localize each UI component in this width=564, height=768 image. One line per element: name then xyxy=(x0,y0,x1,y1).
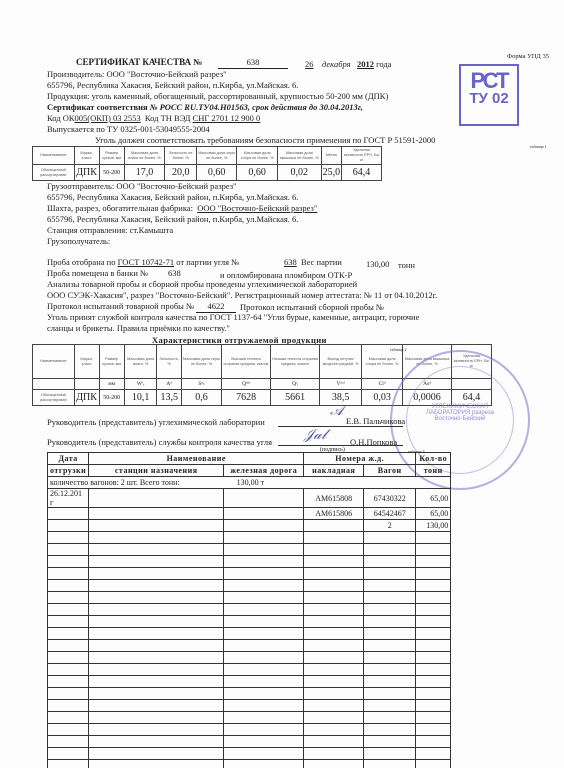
batch-number: 638 xyxy=(284,257,297,268)
consignee-label: Грузополучатель: xyxy=(47,236,110,247)
table2-symbol: Aᵈ xyxy=(157,379,181,390)
col-waybill: накладная xyxy=(304,465,364,477)
empty-cell xyxy=(364,760,416,768)
empty-cell xyxy=(416,580,451,592)
date-year: 2012 xyxy=(357,59,374,69)
mine-label: Шахта, разрез, обогатительная фабрика: xyxy=(47,203,193,213)
empty-cell xyxy=(89,628,224,640)
col-numbers: Номера ж.д. xyxy=(304,453,416,465)
form-label: Форма УПД 35 xyxy=(507,51,549,62)
empty-cell xyxy=(224,760,304,768)
empty-cell xyxy=(364,712,416,724)
shipment-cell-qty: 130,00 xyxy=(416,520,451,532)
empty-cell xyxy=(89,604,224,616)
empty-cell xyxy=(48,556,89,568)
empty-cell xyxy=(364,544,416,556)
empty-cell xyxy=(48,628,89,640)
table2-header: Марка, класс xyxy=(74,345,99,379)
empty-cell xyxy=(48,760,89,768)
table2-symbol: Sᵈₜ xyxy=(181,379,221,390)
empty-cell xyxy=(364,628,416,640)
empty-cell xyxy=(416,748,451,760)
table2-header: Выход летучих веществ средний, % xyxy=(320,345,362,379)
table2-cell: 50-200 xyxy=(99,390,124,406)
empty-cell xyxy=(304,712,364,724)
producer-label: Производитель: xyxy=(47,69,104,79)
empty-cell xyxy=(89,640,224,652)
table1-header: Массовая доля мышьяка не более, % xyxy=(278,147,322,165)
shipment-cell-qty: 65,00 xyxy=(416,508,451,520)
table2-cell: Обогащенный рассортирован xyxy=(33,390,75,406)
col-qty: Кол-во xyxy=(416,453,451,465)
col-tons: тонн xyxy=(416,465,451,477)
producer-address: 655796, Республика Хакасия, Бейский райо… xyxy=(47,80,298,91)
certificate-date: 26 декабря 2012 года xyxy=(305,59,391,70)
empty-cell xyxy=(89,700,224,712)
analysis-line: Анализы товарной пробы и сборной пробы п… xyxy=(47,279,357,290)
empty-cell xyxy=(224,628,304,640)
empty-cell xyxy=(224,640,304,652)
table1-header: Массовая доля влаги не более, % xyxy=(124,147,165,165)
empty-cell xyxy=(89,664,224,676)
empty-cell xyxy=(416,640,451,652)
shipment-cell-railway xyxy=(224,508,304,520)
stamp-text: УГЛЕХИМИЧЕСКАЯ ЛАБОРАТОРИЯ разреза Восто… xyxy=(412,404,508,422)
col-wagon: Вагон xyxy=(364,465,416,477)
jar-label: Проба помещена в банки № xyxy=(47,268,148,279)
empty-row xyxy=(48,664,451,676)
table1-caption: таблица 1 xyxy=(530,144,547,149)
table2-cell: 7628 xyxy=(222,390,271,406)
empty-row xyxy=(48,688,451,700)
empty-cell xyxy=(89,556,224,568)
empty-cell xyxy=(364,568,416,580)
batch-weight-unit: тонн xyxy=(398,260,415,271)
sample-gost: ГОСТ 10742-71 xyxy=(118,257,175,267)
empty-cell xyxy=(48,592,89,604)
col-railway: железная дорога xyxy=(224,465,304,477)
empty-row xyxy=(48,544,451,556)
protocol-label: Протокол испытаний товарной пробы № xyxy=(47,301,194,312)
empty-cell xyxy=(364,616,416,628)
table2-cell: 10,1 xyxy=(124,390,157,406)
empty-cell xyxy=(416,568,451,580)
lab-signature-icon: 𝒜 xyxy=(330,404,343,420)
empty-cell xyxy=(364,676,416,688)
table2-header: Высшая теплота сгорания средняя, ккал/кг xyxy=(222,345,271,379)
empty-cell xyxy=(224,712,304,724)
col-date: Дата xyxy=(48,453,89,465)
shipment-cell-station xyxy=(89,489,224,508)
acceptance-line: Уголь принят службой контроля качества п… xyxy=(47,312,419,323)
table1-cell: 0,60 xyxy=(197,165,237,181)
empty-cell xyxy=(364,736,416,748)
shipper-name: ООО "Восточно-Бейский разрез" xyxy=(116,181,236,191)
empty-cell xyxy=(304,580,364,592)
empty-row xyxy=(48,532,451,544)
table2-symbol: Wᵗᵣ xyxy=(124,379,157,390)
summary-text: количество вагонов: 2 шт. Всего тонн: xyxy=(50,478,180,487)
empty-cell xyxy=(416,544,451,556)
summary-total: 130,00 т xyxy=(237,478,265,487)
empty-row xyxy=(48,652,451,664)
empty-cell xyxy=(89,580,224,592)
empty-cell xyxy=(89,568,224,580)
table2-cell: ДПК xyxy=(74,390,99,406)
empty-cell xyxy=(364,604,416,616)
table2-symbol xyxy=(33,379,75,390)
empty-row xyxy=(48,604,451,616)
table1-header: Зольность не более, % xyxy=(165,147,197,165)
empty-cell xyxy=(48,604,89,616)
shipment-cell-station xyxy=(89,508,224,520)
table2-symbol: Vᵈᵃᶠ xyxy=(320,379,362,390)
empty-cell xyxy=(224,652,304,664)
empty-cell xyxy=(364,664,416,676)
empty-cell xyxy=(48,640,89,652)
empty-cell xyxy=(416,532,451,544)
empty-cell xyxy=(304,640,364,652)
lab-head-label: Руководитель (представитель) углехимичес… xyxy=(47,417,265,428)
table1-cell: ДПК xyxy=(74,165,99,181)
shipment-cell-railway xyxy=(224,520,304,532)
empty-cell xyxy=(224,736,304,748)
empty-cell xyxy=(224,556,304,568)
table2-header: Массовая доля серы не более, % xyxy=(181,345,221,379)
empty-cell xyxy=(224,676,304,688)
empty-row xyxy=(48,592,451,604)
empty-cell xyxy=(304,688,364,700)
table2-header: Массовая доля хлора не более, % xyxy=(362,345,403,379)
table2-symbol: мм xyxy=(99,379,124,390)
empty-cell xyxy=(416,700,451,712)
shipment-cell-waybill xyxy=(304,520,364,532)
shipment-cell-railway xyxy=(224,489,304,508)
empty-cell xyxy=(89,736,224,748)
empty-cell xyxy=(304,748,364,760)
table1-cell: 25,0 xyxy=(321,165,342,181)
table2-cell: 5661 xyxy=(271,390,320,406)
empty-cell xyxy=(304,616,364,628)
empty-cell xyxy=(304,604,364,616)
shipment-cell-date xyxy=(48,520,89,532)
sample-line-1: Проба отобрана по ГОСТ 10742-71 от парти… xyxy=(47,257,239,268)
shipment-cell-qty: 65,00 xyxy=(416,489,451,508)
shipper-line: Грузоотправитель: ООО "Восточно-Бейский … xyxy=(47,181,237,192)
empty-cell xyxy=(304,676,364,688)
empty-row xyxy=(48,616,451,628)
shipment-cell-wagon: 2 xyxy=(364,520,416,532)
empty-row xyxy=(48,736,451,748)
empty-row xyxy=(48,640,451,652)
empty-row xyxy=(48,568,451,580)
table1-header: Наименование xyxy=(33,147,75,165)
shipment-cell-wagon: 64542467 xyxy=(364,508,416,520)
empty-cell xyxy=(48,616,89,628)
empty-cell xyxy=(224,604,304,616)
mine-address: 655796, Республика Хакасия, Бейский райо… xyxy=(47,214,298,225)
empty-cell xyxy=(48,568,89,580)
table1-header: Марка, класс xyxy=(74,147,99,165)
empty-cell xyxy=(224,748,304,760)
empty-row xyxy=(48,580,451,592)
departure-station: Станция отправления: ст.Камышта xyxy=(47,225,173,236)
empty-cell xyxy=(224,724,304,736)
shipment-row: 26.12.201 гАМ6158086743032265,00 xyxy=(48,489,451,508)
empty-cell xyxy=(364,556,416,568)
empty-cell xyxy=(416,616,451,628)
empty-cell xyxy=(48,700,89,712)
table2-cell: 0,6 xyxy=(181,390,221,406)
empty-cell xyxy=(364,652,416,664)
table1-header: Удельная активность ЕРН, Бк/кг xyxy=(342,147,382,165)
empty-cell xyxy=(304,652,364,664)
empty-row xyxy=(48,724,451,736)
empty-cell xyxy=(364,724,416,736)
table2-cell: 13,5 xyxy=(157,390,181,406)
empty-cell xyxy=(416,628,451,640)
empty-row xyxy=(48,760,451,768)
certificate-title: СЕРТИФИКАТ КАЧЕСТВА № xyxy=(76,57,202,67)
empty-cell xyxy=(416,652,451,664)
empty-cell xyxy=(416,592,451,604)
empty-cell xyxy=(48,724,89,736)
shipment-row: 2130,00 xyxy=(48,520,451,532)
empty-row xyxy=(48,748,451,760)
empty-row xyxy=(48,556,451,568)
table2-header: Низшая теплота сгорания средняя, ккал/кг xyxy=(271,345,320,379)
summary-spacer xyxy=(304,477,451,489)
table1-header: Массовая доля хлора не более, % xyxy=(237,147,278,165)
empty-cell xyxy=(416,604,451,616)
cert-label: Сертификат соответствия xyxy=(47,102,148,112)
table1-cell: 50-200 xyxy=(99,165,124,181)
empty-cell xyxy=(48,580,89,592)
table2-symbol: Qʳᵢ xyxy=(271,379,320,390)
empty-cell xyxy=(224,568,304,580)
shipment-cell-waybill: АМ615806 xyxy=(304,508,364,520)
empty-cell xyxy=(224,700,304,712)
table1-header: Размер кусков, мм xyxy=(99,147,124,165)
empty-cell xyxy=(224,592,304,604)
empty-cell xyxy=(304,556,364,568)
empty-cell xyxy=(48,652,89,664)
certificate-number: 638 xyxy=(218,57,288,69)
rst-certification-stamp: РСТ ТУ 02 xyxy=(459,64,519,126)
tnved-label: Код ТН ВЭД xyxy=(145,113,191,123)
empty-cell xyxy=(304,532,364,544)
date-month: декабря xyxy=(322,59,351,69)
shipment-cell-date: 26.12.201 г xyxy=(48,489,89,508)
codes-line: Код ОК005(ОКП) 03 2553 Код ТН ВЭД СНГ 27… xyxy=(47,113,260,124)
table2-header: Массовая доля влаги, % xyxy=(124,345,157,379)
empty-cell xyxy=(224,664,304,676)
empty-cell xyxy=(416,556,451,568)
cert-value: № РОСС RU.ТУ04.Н01563, срок действия до … xyxy=(150,102,363,112)
empty-cell xyxy=(304,544,364,556)
empty-cell xyxy=(416,664,451,676)
empty-cell xyxy=(48,532,89,544)
shipment-cell-date xyxy=(48,508,89,520)
table2-header: Зольность, % xyxy=(157,345,181,379)
empty-cell xyxy=(364,532,416,544)
empty-cell xyxy=(89,724,224,736)
col-name: Наименование xyxy=(89,453,304,465)
empty-cell xyxy=(416,760,451,768)
empty-cell xyxy=(416,676,451,688)
sample-text: Проба отобрана по xyxy=(47,257,115,267)
acceptance-line-2: сланцы и брикеты. Правила приёмки по кач… xyxy=(47,323,230,334)
safety-requirement: Уголь должен соответствовать требованиям… xyxy=(95,135,435,146)
empty-row xyxy=(48,676,451,688)
okp-label: Код ОК xyxy=(47,113,75,123)
lab-line: ООО СУЭК-Хакасия", разрез "Восточно-Бейс… xyxy=(47,290,437,301)
table2-symbol xyxy=(74,379,99,390)
empty-cell xyxy=(304,568,364,580)
empty-cell xyxy=(48,736,89,748)
empty-cell xyxy=(224,688,304,700)
empty-cell xyxy=(304,736,364,748)
table1-cell: 0,02 xyxy=(278,165,322,181)
empty-cell xyxy=(364,640,416,652)
col-shipment: отгрузки xyxy=(48,465,89,477)
okp-value: 005(ОКП) 03 2553 xyxy=(75,113,141,123)
empty-cell xyxy=(89,532,224,544)
empty-cell xyxy=(89,592,224,604)
empty-cell xyxy=(304,628,364,640)
shipment-row: АМ6158066454246765,00 xyxy=(48,508,451,520)
table1-cell: Обогащенный рассортирован xyxy=(33,165,75,181)
table1-cell: 64,4 xyxy=(342,165,382,181)
shipment-cell-waybill: АМ615808 xyxy=(304,489,364,508)
empty-cell xyxy=(89,676,224,688)
jar-number: 638 xyxy=(168,268,181,279)
mine-line: Шахта, разрез, обогатительная фабрика: О… xyxy=(47,203,317,214)
shipper-address: 655796, Республика Хакасия, Бейский райо… xyxy=(47,192,298,203)
empty-cell xyxy=(48,748,89,760)
empty-cell xyxy=(89,712,224,724)
empty-row xyxy=(48,700,451,712)
empty-row xyxy=(48,712,451,724)
summary-row: количество вагонов: 2 шт. Всего тонн: 13… xyxy=(48,477,304,489)
date-year-suffix: года xyxy=(376,59,391,69)
batch-weight-label: Вес партии xyxy=(301,257,342,268)
mine-value: ООО "Восточно-Бейский разрез" xyxy=(197,203,317,213)
lab-head-name: Е.В. Пальчикова xyxy=(346,416,405,427)
shipment-cell-station xyxy=(89,520,224,532)
table2-header: Размер кусков, мм xyxy=(99,345,124,379)
qc-signature-icon: 𝒥𝒶𝓁 xyxy=(304,428,326,444)
empty-cell xyxy=(48,664,89,676)
empty-row xyxy=(48,628,451,640)
empty-cell xyxy=(89,760,224,768)
table2-symbol: Qᵈᵃᶠ xyxy=(222,379,271,390)
qc-head-label: Руководитель (представитель) службы конт… xyxy=(47,437,272,448)
empty-cell xyxy=(48,676,89,688)
empty-cell xyxy=(224,532,304,544)
empty-cell xyxy=(89,616,224,628)
empty-cell xyxy=(48,688,89,700)
empty-cell xyxy=(416,688,451,700)
table1-header: Массовая доля серы не более, % xyxy=(197,147,237,165)
empty-cell xyxy=(224,580,304,592)
empty-cell xyxy=(304,664,364,676)
sample-text: от партии угля № xyxy=(176,257,239,267)
empty-cell xyxy=(416,724,451,736)
empty-cell xyxy=(304,592,364,604)
empty-cell xyxy=(304,724,364,736)
empty-cell xyxy=(48,544,89,556)
empty-cell xyxy=(416,712,451,724)
rst-code: ТУ 02 xyxy=(461,90,517,107)
empty-cell xyxy=(364,592,416,604)
empty-cell xyxy=(48,712,89,724)
empty-cell xyxy=(89,688,224,700)
certificate-of-conformity: Сертификат соответствия № РОСС RU.ТУ04.Н… xyxy=(47,102,363,113)
empty-cell xyxy=(364,700,416,712)
table1-cell: 20,0 xyxy=(165,165,197,181)
empty-cell xyxy=(364,748,416,760)
shipper-label: Грузоотправитель: xyxy=(47,181,114,191)
empty-cell xyxy=(89,652,224,664)
col-station: станции назначения xyxy=(89,465,224,477)
empty-cell xyxy=(416,736,451,748)
producer-name: ООО "Восточно-Бейский разрез" xyxy=(106,69,226,79)
producer-line: Производитель: ООО "Восточно-Бейский раз… xyxy=(47,69,227,80)
date-day: 26 xyxy=(305,59,314,69)
product-description: Продукция: уголь каменный, обогащенный, … xyxy=(47,91,388,102)
empty-cell xyxy=(224,544,304,556)
table1-header: Метан xyxy=(321,147,342,165)
empty-cell xyxy=(89,748,224,760)
empty-cell xyxy=(304,760,364,768)
empty-cell xyxy=(89,544,224,556)
empty-cell xyxy=(364,580,416,592)
shipment-table: Дата Наименование Номера ж.д. Кол-во отг… xyxy=(47,452,451,768)
batch-weight-value: 130,00 xyxy=(366,259,389,270)
empty-cell xyxy=(224,616,304,628)
table1-cell: 0,60 xyxy=(237,165,278,181)
table2-header: Наименование xyxy=(33,345,75,379)
tnved-value: СНГ 2701 12 900 0 xyxy=(193,113,261,123)
empty-cell xyxy=(364,688,416,700)
tu-line: Выпускается по ТУ 0325-001-53049555-2004 xyxy=(47,124,210,135)
qc-head-name: О.Н.Попкова xyxy=(350,437,397,448)
table1: НаименованиеМарка, классРазмер кусков, м… xyxy=(32,146,382,181)
table1-cell: 17,0 xyxy=(124,165,165,181)
shipment-cell-wagon: 67430322 xyxy=(364,489,416,508)
empty-cell xyxy=(304,700,364,712)
